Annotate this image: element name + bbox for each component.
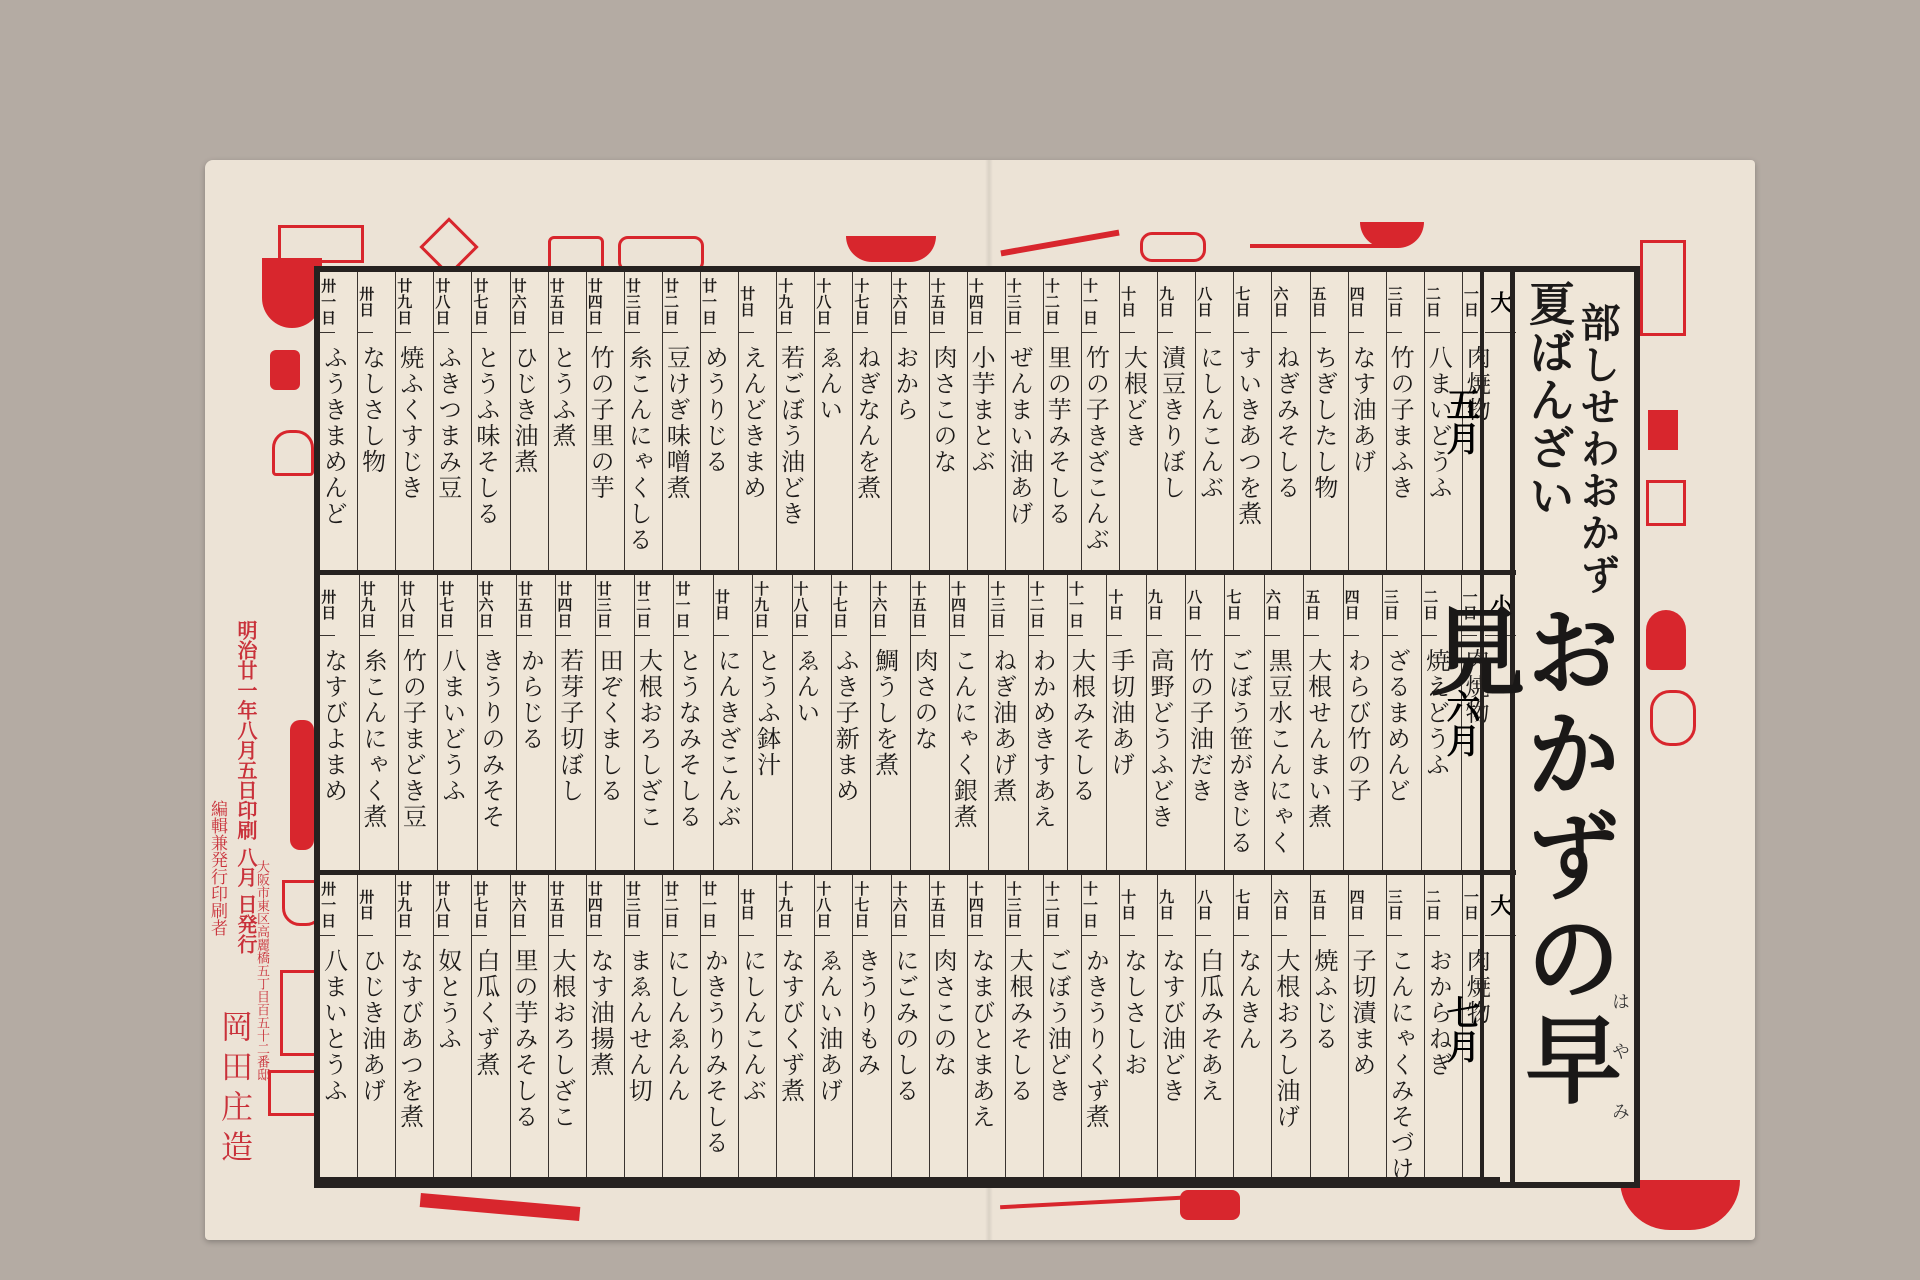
day-number: 廿日 <box>714 575 729 636</box>
day-number: 廿四日 <box>587 875 602 936</box>
dipper-icon <box>1140 232 1206 262</box>
day-number: 廿七日 <box>472 272 487 333</box>
day-number: 廿日 <box>739 272 754 333</box>
day-number: 十三日 <box>989 575 1004 636</box>
day-cell: 廿一日とうなみそしる <box>673 575 712 870</box>
dish-name: なすびよまめ <box>320 636 346 804</box>
day-number: 八日 <box>1186 575 1201 636</box>
dish-name: 大根せんまい煮 <box>1304 636 1330 830</box>
day-cell: 十九日なすびくず煮 <box>776 875 814 1177</box>
day-number: 廿九日 <box>396 875 411 936</box>
day-number: 九日 <box>1158 875 1173 936</box>
day-number: 三日 <box>1383 575 1398 636</box>
day-cell: 十七日ねぎなんを煮 <box>852 272 890 570</box>
dish-name: なしさしお <box>1120 936 1146 1078</box>
dish-name: ゑんい油あげ <box>815 936 841 1104</box>
day-number: 廿八日 <box>434 272 449 333</box>
dish-name: にしんゑんん <box>663 936 689 1104</box>
day-number: 廿七日 <box>472 875 487 936</box>
dish-name: 竹の子里の芋 <box>587 333 613 501</box>
day-number: 廿一日 <box>701 875 716 936</box>
day-cell: 十二日わかめきすあえ <box>1028 575 1067 870</box>
day-cell: 廿八日竹の子まどき豆 <box>398 575 437 870</box>
dish-name: 竹の子まふき <box>1387 333 1413 501</box>
dish-name: ふうきまめんど <box>320 333 346 527</box>
month-band-may: 一日肉焼物二日八まいどうふ三日竹の子まふき四日なす油あげ五日ちぎしたし物六日ねぎ… <box>320 272 1500 575</box>
day-cell: 十五日肉さこのな <box>929 875 967 1177</box>
dish-name: なまびとまあえ <box>968 936 994 1130</box>
dish-name: とうなみそしる <box>674 636 700 830</box>
day-number: 四日 <box>1349 272 1364 333</box>
dish-name: 肉さこのな <box>930 333 956 475</box>
day-cell: 卅一日ふうきまめんど <box>320 272 357 570</box>
dish-name: えんどきまめ <box>739 333 765 501</box>
day-cell: 七日ごぼう笹がきじる <box>1224 575 1263 870</box>
day-number: 卅日 <box>320 575 335 636</box>
day-cell: 十日手切油あげ <box>1106 575 1145 870</box>
day-number: 廿五日 <box>549 272 564 333</box>
title-column: 夏ばんざい 部しせわおかず おかずの早見 は や み <box>1510 272 1634 1182</box>
day-cell: 八日にしんこんぶ <box>1195 272 1233 570</box>
day-cell: 四日なす油あげ <box>1348 272 1386 570</box>
dish-name: こんにゃくみそづけ <box>1387 936 1413 1182</box>
day-cell: 五日焼ふじる <box>1310 875 1348 1177</box>
menu-calendar-table: 一日肉焼物二日八まいどうふ三日竹の子まふき四日なす油あげ五日ちぎしたし物六日ねぎ… <box>314 266 1640 1188</box>
chopsticks-icon <box>1250 244 1390 248</box>
dish-name: 漬豆きりぼし <box>1158 333 1184 501</box>
day-cell: 十八日ゑんい油あげ <box>814 875 852 1177</box>
dish-name: 竹の子まどき豆 <box>399 636 425 830</box>
dish-name: 大根みそしる <box>1068 636 1094 804</box>
day-cell: 十九日とうふ鉢汁 <box>752 575 791 870</box>
day-cell: 十四日こんにゃく銀煮 <box>949 575 988 870</box>
day-number: 廿八日 <box>399 575 414 636</box>
day-cell: 卅一日八まいとうふ <box>320 875 357 1177</box>
title-ruby-1: は <box>1606 992 1632 1010</box>
day-cell: 廿三日糸こんにゃくしる <box>624 272 662 570</box>
day-cell: 十一日大根みそしる <box>1067 575 1106 870</box>
day-number: 六日 <box>1272 875 1287 936</box>
dish-name: こんにゃく銀煮 <box>950 636 976 830</box>
dish-name: 大根おろしざこ <box>635 636 661 830</box>
day-number: 十九日 <box>777 272 792 333</box>
day-number: 十六日 <box>892 875 907 936</box>
dish-name: 肉さのな <box>911 636 937 752</box>
day-cell: 五日ちぎしたし物 <box>1310 272 1348 570</box>
dish-name: 大根みそしる <box>1006 936 1032 1104</box>
day-number: 廿三日 <box>625 272 640 333</box>
day-number: 十四日 <box>968 875 983 936</box>
dish-name: なす油揚煮 <box>587 936 613 1078</box>
day-cell: 十六日おから <box>891 272 929 570</box>
day-number: 廿四日 <box>587 272 602 333</box>
day-number: 卅日 <box>358 272 373 333</box>
box-icon <box>1646 480 1686 526</box>
day-number: 十二日 <box>1044 875 1059 936</box>
dish-name: 里の芋みそしる <box>511 936 537 1130</box>
dish-name: 大根どき <box>1120 333 1146 449</box>
day-cell: 十日大根どき <box>1119 272 1157 570</box>
day-cell: 廿日にんきざこんぶ <box>713 575 752 870</box>
dish-name: 黒豆水こんにゃく <box>1265 636 1291 856</box>
pot-icon <box>262 258 322 328</box>
day-cell: 廿日えんどきまめ <box>738 272 776 570</box>
dish-name: なしさし物 <box>358 333 384 475</box>
day-cell: 十一日かきうりくず煮 <box>1081 875 1119 1177</box>
day-number: 十四日 <box>950 575 965 636</box>
dish-name: なすびくず煮 <box>777 936 803 1104</box>
day-number: 十四日 <box>968 272 983 333</box>
dish-name: 焼ふじる <box>1311 936 1337 1052</box>
day-number: 十八日 <box>815 875 830 936</box>
day-cell: 廿六日里の芋みそしる <box>510 875 548 1177</box>
dish-name: 手切油あげ <box>1107 636 1133 778</box>
day-number: 廿二日 <box>663 875 678 936</box>
dish-name: ねぎ油あげ煮 <box>989 636 1015 804</box>
day-number: 廿三日 <box>596 575 611 636</box>
day-number: 十一日 <box>1082 272 1097 333</box>
day-number: 廿七日 <box>438 575 453 636</box>
day-cell: 廿二日大根おろしざこ <box>634 575 673 870</box>
dish-name: なす油あげ <box>1349 333 1375 475</box>
day-number: 七日 <box>1234 272 1249 333</box>
dish-name: とうふ鉢汁 <box>753 636 779 778</box>
dish-name: わかめきすあえ <box>1029 636 1055 830</box>
dish-name: 大根おろしざこ <box>549 936 575 1130</box>
dish-name: ふきつまみ豆 <box>434 333 460 501</box>
colophon-role: 編輯兼発行印刷者 <box>205 800 230 936</box>
dish-name: 八まいどうふ <box>438 636 464 804</box>
day-cell: 七日なんきん <box>1233 875 1271 1177</box>
cutting-board-icon <box>1640 240 1686 336</box>
jar-icon <box>1646 610 1686 670</box>
day-cell: 廿二日にしんゑんん <box>662 875 700 1177</box>
day-cell: 十四日小芋まとぶ <box>967 272 1005 570</box>
month-band-july: 一日肉焼物二日おからねぎ三日こんにゃくみそづけ四日子切漬まめ五日焼ふじる六日大根… <box>320 875 1500 1182</box>
main-title: おかずの早見 <box>1422 602 1614 1182</box>
day-cell: 廿一日かきうりみそしる <box>700 875 738 1177</box>
day-cell: 廿二日豆けぎ味噌煮 <box>662 272 700 570</box>
day-number: 六日 <box>1265 575 1280 636</box>
day-number: 廿六日 <box>511 875 526 936</box>
day-number: 十七日 <box>832 575 847 636</box>
dish-name: ねぎみそしる <box>1272 333 1298 501</box>
day-columns: 一日肉焼物二日焼えどうふ三日ざるまめんど四日わらび竹の子五日大根せんまい煮六日黒… <box>320 575 1500 870</box>
dish-name: きうりのみそそ <box>478 636 504 830</box>
day-number: 卅一日 <box>320 875 335 936</box>
day-number: 十九日 <box>777 875 792 936</box>
day-cell: 廿九日焼ふくすじき <box>395 272 433 570</box>
dish-name: ひじき油あげ <box>358 936 384 1104</box>
day-cell: 十七日ふき子新まめ <box>831 575 870 870</box>
day-number: 廿六日 <box>478 575 493 636</box>
day-cell: 廿四日竹の子里の芋 <box>586 272 624 570</box>
day-number: 七日 <box>1234 875 1249 936</box>
day-cell: 六日ねぎみそしる <box>1271 272 1309 570</box>
dish-name: 八まいとうふ <box>320 936 346 1104</box>
month-name: 五月 <box>1436 272 1485 570</box>
day-cell: 廿四日なす油揚煮 <box>586 875 624 1177</box>
day-number: 九日 <box>1158 272 1173 333</box>
dish-name: 奴とうふ <box>434 936 460 1052</box>
dish-name: 豆けぎ味噌煮 <box>663 333 689 501</box>
dish-name: 小芋まとぶ <box>968 333 994 475</box>
day-cell: 十三日大根みそしる <box>1005 875 1043 1177</box>
day-cell: 廿日にしんこんぶ <box>738 875 776 1177</box>
day-cell: 廿九日糸こんにゃく煮 <box>359 575 398 870</box>
dish-name: 里の芋みそしる <box>1044 333 1070 527</box>
day-number: 六日 <box>1272 272 1287 333</box>
dish-name: なんきん <box>1234 936 1260 1052</box>
day-cell: 四日子切漬まめ <box>1348 875 1386 1177</box>
day-cell: 廿六日ひじき油煮 <box>510 272 548 570</box>
bottle-icon <box>290 720 314 850</box>
dish-name: 焼ふくすじき <box>396 333 422 501</box>
day-number: 十六日 <box>871 575 886 636</box>
day-number: 十日 <box>1107 575 1122 636</box>
day-cell: 十五日肉さのな <box>910 575 949 870</box>
day-number: 廿四日 <box>556 575 571 636</box>
dish-name: かきうりくず煮 <box>1082 936 1108 1130</box>
day-cell: 八日竹の子油だき <box>1185 575 1224 870</box>
dish-name: ゑんい <box>793 636 819 726</box>
day-number: 廿五日 <box>549 875 564 936</box>
day-cell: 三日竹の子まふき <box>1386 272 1424 570</box>
title-ruby-2: や <box>1606 1042 1632 1060</box>
dish-name: なすびあつを煮 <box>396 936 422 1130</box>
day-number: 七日 <box>1225 575 1240 636</box>
day-number: 十七日 <box>853 272 868 333</box>
day-cell: 廿四日若芽子切ぼし <box>555 575 594 870</box>
kettle-icon <box>1650 690 1696 746</box>
dish-name: 子切漬まめ <box>1349 936 1375 1078</box>
day-cell: 廿九日なすびあつを煮 <box>395 875 433 1177</box>
day-number: 廿二日 <box>663 272 678 333</box>
dish-name: からじる <box>517 636 543 752</box>
dish-name: ちぎしたし物 <box>1311 333 1337 501</box>
day-number: 十日 <box>1120 272 1135 333</box>
day-cell: 三日こんにゃくみそづけ <box>1386 875 1424 1177</box>
day-cell: 十七日きうりもみ <box>852 875 890 1177</box>
dish-name: まゑんせん切 <box>625 936 651 1104</box>
dish-name: 肉さこのな <box>930 936 956 1078</box>
dish-name: 大根おろし油げ <box>1272 936 1298 1130</box>
bowl-icon <box>846 236 936 262</box>
day-number: 廿六日 <box>511 272 526 333</box>
day-number: 十九日 <box>753 575 768 636</box>
day-cell: 九日漬豆きりぼし <box>1157 272 1195 570</box>
day-cell: 卅日なすびよまめ <box>320 575 358 870</box>
day-cell: 十日なしさしお <box>1119 875 1157 1177</box>
day-cell: 十八日ゑんい <box>792 575 831 870</box>
day-number: 廿九日 <box>360 575 375 636</box>
day-number: 三日 <box>1387 875 1402 936</box>
day-cell: 廿八日ふきつまみ豆 <box>433 272 471 570</box>
day-cell: 廿三日まゑんせん切 <box>624 875 662 1177</box>
day-number: 廿日 <box>739 875 754 936</box>
day-number: 十八日 <box>815 272 830 333</box>
day-cell: 廿七日とうふ味そしる <box>471 272 509 570</box>
dish-name: ごぼう油どき <box>1044 936 1070 1104</box>
day-cell: 卅日なしさし物 <box>357 272 395 570</box>
dish-name: ざるまめんど <box>1383 636 1409 804</box>
dish-name: にんきざこんぶ <box>714 636 740 830</box>
dish-name: ひじき油煮 <box>511 333 537 475</box>
dish-name: にごみのしる <box>892 936 918 1104</box>
dish-name: 糸こんにゃく煮 <box>360 636 386 830</box>
dish-name: 若芽子切ぼし <box>556 636 582 804</box>
day-number: 十二日 <box>1044 272 1059 333</box>
day-number: 四日 <box>1344 575 1359 636</box>
dish-name: ぜんまい油あげ <box>1006 333 1032 527</box>
dish-name: 高野どうふどき <box>1147 636 1173 830</box>
day-cell: 廿五日とうふ煮 <box>548 272 586 570</box>
day-columns: 一日肉焼物二日おからねぎ三日こんにゃくみそづけ四日子切漬まめ五日焼ふじる六日大根… <box>320 875 1500 1177</box>
dish-name: なすび油どき <box>1158 936 1184 1104</box>
day-number: 十五日 <box>911 575 926 636</box>
dish-name: とうふ煮 <box>549 333 575 449</box>
day-number: 八日 <box>1196 875 1211 936</box>
dish-name: めうりじる <box>701 333 727 475</box>
day-number: 八日 <box>1196 272 1211 333</box>
dish-name: ふき子新まめ <box>832 636 858 804</box>
dish-name: 若ごぼう油どき <box>777 333 803 527</box>
day-cell: 廿五日大根おろしざこ <box>548 875 586 1177</box>
dish-name: かきうりみそしる <box>701 936 727 1156</box>
dish-name: 白瓜くず煮 <box>472 936 498 1078</box>
day-cell: 廿一日めうりじる <box>700 272 738 570</box>
day-number: 卅日 <box>358 875 373 936</box>
day-columns: 一日肉焼物二日八まいどうふ三日竹の子まふき四日なす油あげ五日ちぎしたし物六日ねぎ… <box>320 272 1500 570</box>
dish-name: ねぎなんを煮 <box>853 333 879 501</box>
day-number: 十一日 <box>1082 875 1097 936</box>
day-cell: 十二日里の芋みそしる <box>1043 272 1081 570</box>
day-number: 廿五日 <box>517 575 532 636</box>
day-cell: 卅日ひじき油あげ <box>357 875 395 1177</box>
dish-name: 鯛うしを煮 <box>871 636 897 778</box>
day-cell: 十三日ねぎ油あげ煮 <box>988 575 1027 870</box>
dish-name: 竹の子きざこんぶ <box>1082 333 1108 553</box>
day-cell: 十八日ゑんい <box>814 272 852 570</box>
day-cell: 廿三日田ぞくましる <box>595 575 634 870</box>
day-cell: 十二日ごぼう油どき <box>1043 875 1081 1177</box>
month-band-june: 一日肉焼物二日焼えどうふ三日ざるまめんど四日わらび竹の子五日大根せんまい煮六日黒… <box>320 575 1500 875</box>
day-number: 卅一日 <box>320 272 335 333</box>
day-cell: 四日わらび竹の子 <box>1343 575 1382 870</box>
dish-name: ごぼう笹がきじる <box>1225 636 1251 856</box>
day-cell: 十九日若ごぼう油どき <box>776 272 814 570</box>
day-cell: 八日白瓜みそあえ <box>1195 875 1233 1177</box>
day-cell: 六日黒豆水こんにゃく <box>1264 575 1303 870</box>
day-number: 廿三日 <box>625 875 640 936</box>
day-cell: 七日すいきあつを煮 <box>1233 272 1271 570</box>
dish-name: 白瓜みそあえ <box>1196 936 1222 1104</box>
day-number: 廿八日 <box>434 875 449 936</box>
dish-name: 竹の子油だき <box>1186 636 1212 804</box>
day-number: 十三日 <box>1006 272 1021 333</box>
day-cell: 廿七日八まいどうふ <box>437 575 476 870</box>
day-cell: 廿五日からじる <box>516 575 555 870</box>
day-cell: 十一日竹の子きざこんぶ <box>1081 272 1119 570</box>
day-number: 十七日 <box>853 875 868 936</box>
day-number: 五日 <box>1311 875 1326 936</box>
day-number: 四日 <box>1349 875 1364 936</box>
day-number: 九日 <box>1147 575 1162 636</box>
day-number: 廿一日 <box>701 272 716 333</box>
dish-name: おから <box>892 333 918 423</box>
dish-name: 糸こんにゃくしる <box>625 333 651 553</box>
day-cell: 十六日鯛うしを煮 <box>870 575 909 870</box>
day-cell: 十六日にごみのしる <box>891 875 929 1177</box>
dish-name: わらび竹の子 <box>1344 636 1370 804</box>
day-number: 十六日 <box>892 272 907 333</box>
day-number: 十一日 <box>1068 575 1083 636</box>
lantern-icon <box>270 350 300 390</box>
dish-name: にしんこんぶ <box>1196 333 1222 501</box>
dish-name: ゑんい <box>815 333 841 423</box>
day-cell: 五日大根せんまい煮 <box>1303 575 1342 870</box>
day-number: 三日 <box>1387 272 1402 333</box>
day-cell: 廿八日奴とうふ <box>433 875 471 1177</box>
day-number: 十五日 <box>930 272 945 333</box>
day-cell: 十三日ぜんまい油あげ <box>1005 272 1043 570</box>
day-number: 廿二日 <box>635 575 650 636</box>
day-number: 十日 <box>1120 875 1135 936</box>
day-number: 五日 <box>1311 272 1326 333</box>
day-number: 十二日 <box>1029 575 1044 636</box>
day-cell: 廿七日白瓜くず煮 <box>471 875 509 1177</box>
dish-name: 田ぞくましる <box>596 636 622 804</box>
dish-name: にしんこんぶ <box>739 936 765 1104</box>
day-cell: 十五日肉さこのな <box>929 272 967 570</box>
dish-name: とうふ味そしる <box>472 333 498 527</box>
day-number: 廿九日 <box>396 272 411 333</box>
subtitle-line-2: 部しせわおかず <box>1569 302 1626 596</box>
day-cell: 十四日なまびとまあえ <box>967 875 1005 1177</box>
title-ruby-3: み <box>1606 1102 1632 1120</box>
day-number: 廿一日 <box>674 575 689 636</box>
day-cell: 九日高野どうふどき <box>1146 575 1185 870</box>
day-cell: 九日なすび油どき <box>1157 875 1195 1177</box>
pot-icon <box>272 430 314 476</box>
day-cell: 六日大根おろし油げ <box>1271 875 1309 1177</box>
colophon-publisher: 岡田庄造 <box>212 1010 258 1170</box>
day-number: 十五日 <box>930 875 945 936</box>
day-number: 十三日 <box>1006 875 1021 936</box>
dish-name: きうりもみ <box>853 936 879 1078</box>
dish-name: すいきあつを煮 <box>1234 333 1260 527</box>
bucket-icon <box>1648 410 1678 450</box>
day-number: 十八日 <box>793 575 808 636</box>
day-number: 五日 <box>1304 575 1319 636</box>
day-cell: 廿六日きうりのみそそ <box>477 575 516 870</box>
